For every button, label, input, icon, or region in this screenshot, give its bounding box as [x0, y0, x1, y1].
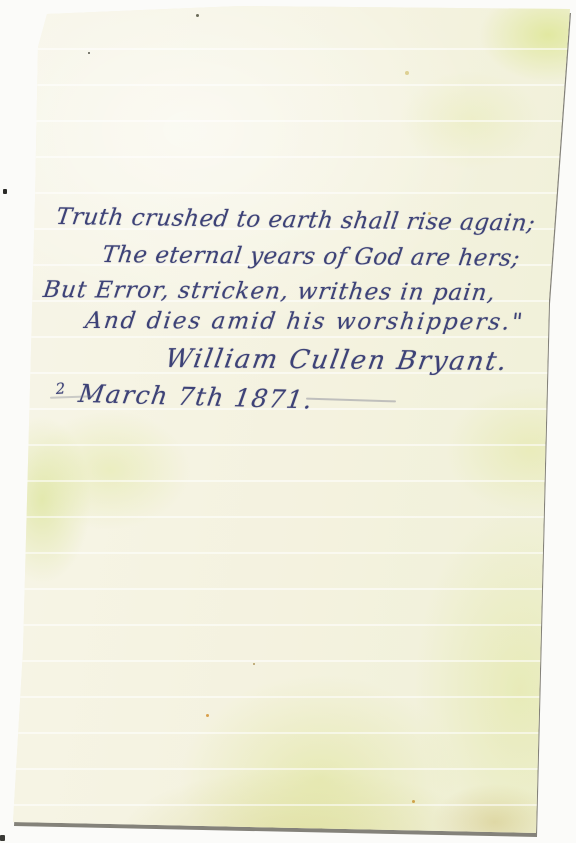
foxing-speck: [428, 212, 431, 215]
manuscript-paper: Truth crushed to earth shall rise again;…: [0, 0, 576, 843]
handwriting-line-2: The eternal years of God are hers;: [101, 242, 522, 272]
foxing-speck: [412, 800, 415, 803]
date-flourish-stroke: [306, 398, 396, 403]
foxing-speck: [405, 71, 409, 75]
handwriting-line-4: And dies amid his worshippers.": [84, 308, 526, 336]
scanner-debris-speck: [0, 835, 5, 841]
date-line: March 7th 1871.: [77, 379, 316, 414]
scanned-page: Truth crushed to earth shall rise again;…: [0, 0, 576, 843]
foxing-speck: [253, 663, 255, 665]
handwriting-line-3: But Error, stricken, writhes in pain,: [42, 277, 498, 306]
foxing-speck: [196, 14, 199, 17]
signature-attribution: William Cullen Bryant.: [163, 344, 511, 377]
handwriting-line-1: Truth crushed to earth shall rise again;: [54, 204, 537, 237]
date-prefix-mark: 2: [55, 379, 66, 398]
foxing-speck: [88, 52, 90, 54]
scanner-debris-speck: [3, 189, 7, 194]
foxing-speck: [206, 714, 209, 717]
